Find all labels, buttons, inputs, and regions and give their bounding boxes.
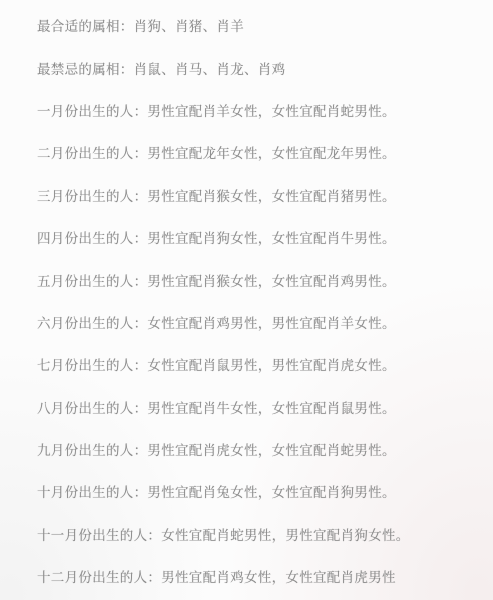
month-1-line: 一月份出生的人：男性宜配肖羊女性，女性宜配肖蛇男性。 <box>37 89 493 131</box>
month-10-line: 十月份出生的人：男性宜配肖兔女性，女性宜配肖狗男性。 <box>37 470 493 512</box>
month-12-line: 十二月份出生的人：男性宜配肖鸡女性，女性宜配肖虎男性 <box>37 555 493 597</box>
article-page: 最合适的属相：肖狗、肖猪、肖羊 最禁忌的属相：肖鼠、肖马、肖龙、肖鸡 一月份出生… <box>0 0 493 600</box>
taboo-zodiac-line: 最禁忌的属相：肖鼠、肖马、肖龙、肖鸡 <box>37 46 493 88</box>
best-zodiac-line: 最合适的属相：肖狗、肖猪、肖羊 <box>37 4 493 46</box>
month-8-line: 八月份出生的人：男性宜配肖牛女性，女性宜配肖鼠男性。 <box>37 386 493 428</box>
month-3-line: 三月份出生的人：男性宜配肖猴女性，女性宜配肖猪男性。 <box>37 174 493 216</box>
month-5-line: 五月份出生的人：男性宜配肖猴女性，女性宜配肖鸡男性。 <box>37 258 493 300</box>
month-2-line: 二月份出生的人：男性宜配龙年女性，女性宜配龙年男性。 <box>37 131 493 173</box>
month-11-line: 十一月份出生的人：女性宜配肖蛇男性，男性宜配肖狗女性。 <box>37 513 493 555</box>
month-9-line: 九月份出生的人：男性宜配肖虎女性，女性宜配肖蛇男性。 <box>37 428 493 470</box>
month-7-line: 七月份出生的人：女性宜配肖鼠男性，男性宜配肖虎女性。 <box>37 343 493 385</box>
month-6-line: 六月份出生的人：女性宜配肖鸡男性，男性宜配肖羊女性。 <box>37 301 493 343</box>
month-4-line: 四月份出生的人：男性宜配肖狗女性，女性宜配肖牛男性。 <box>37 216 493 258</box>
